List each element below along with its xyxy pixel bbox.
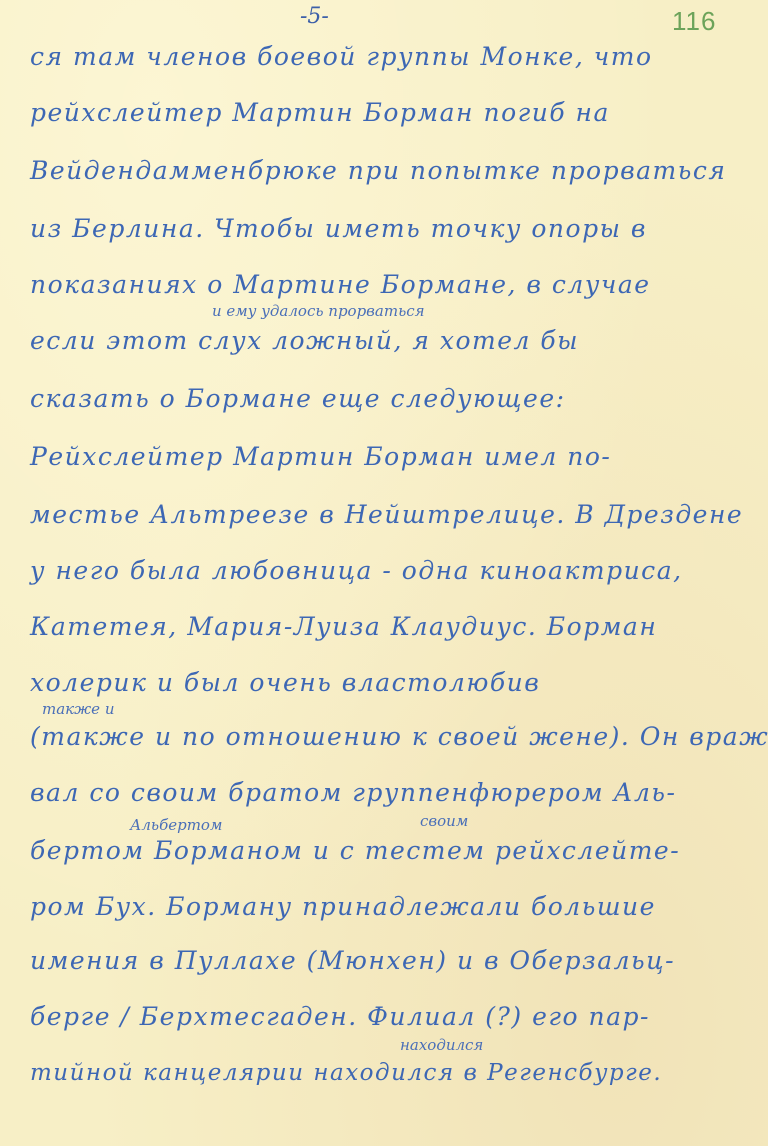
lower-section [0,0,768,1146]
